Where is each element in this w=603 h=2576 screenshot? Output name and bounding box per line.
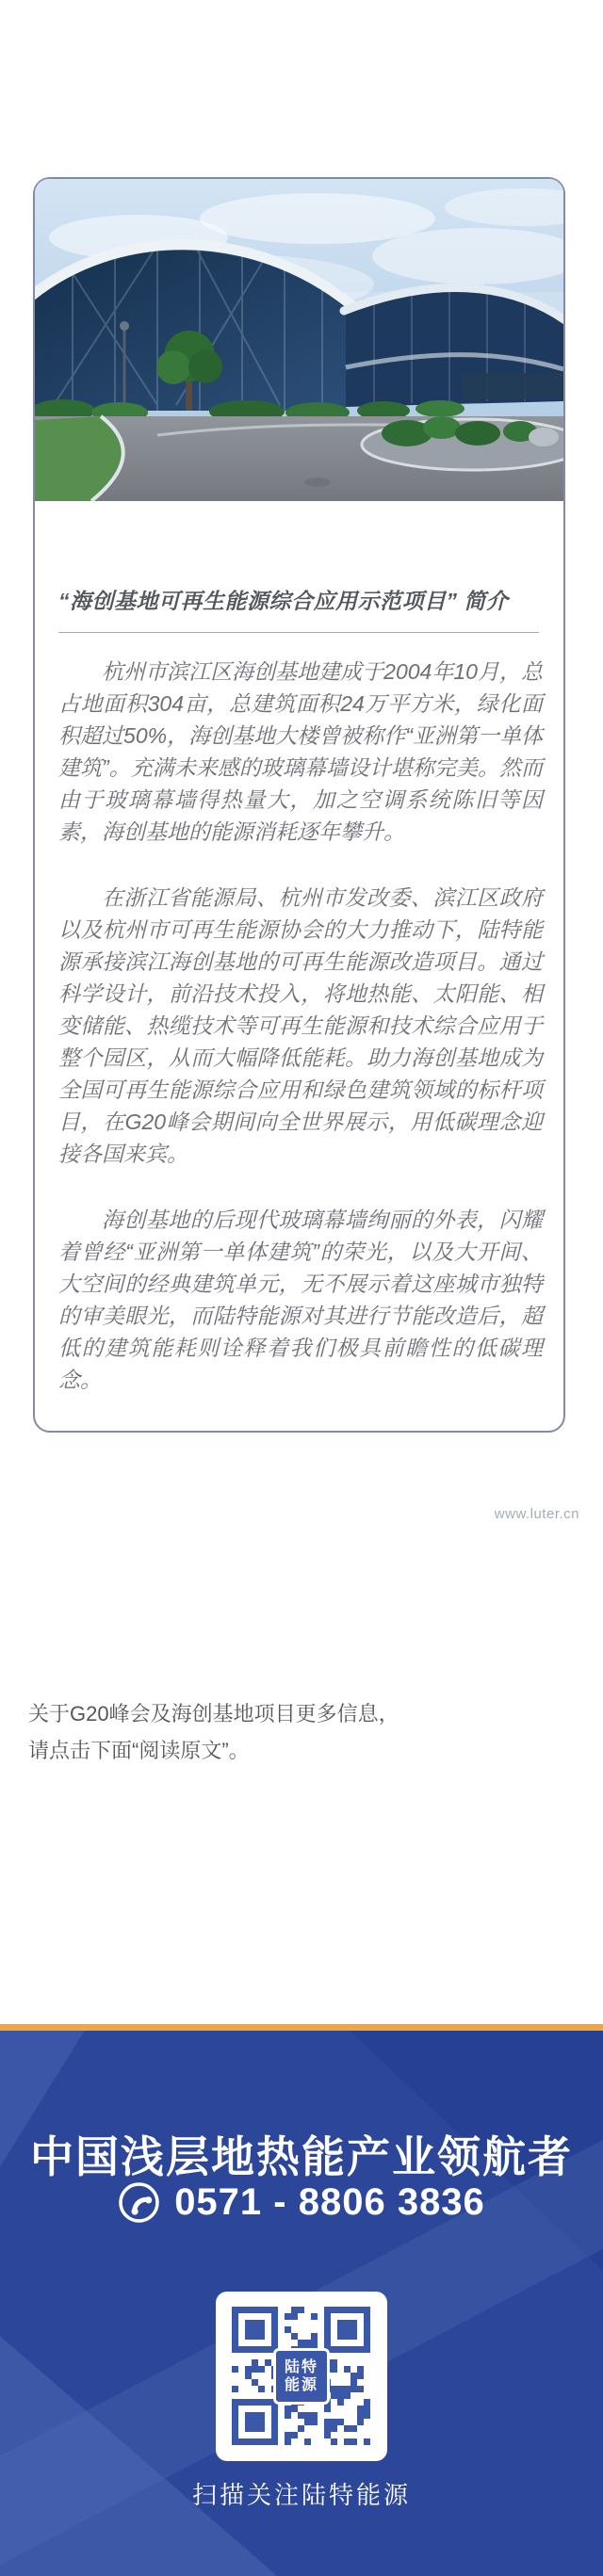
closing-note: 关于G20峰会及海创基地项目更多信息， 请点击下面“阅读原文”。 — [28, 1695, 399, 1769]
building-photo-illustration — [35, 179, 563, 501]
footer-background: 中国浅层地热能产业领航者 0571 - 8806 3836 陆特 能源 — [0, 2031, 603, 2576]
paragraph-3: 海创基地的后现代玻璃幕墙绚丽的外表，闪耀着曾经“亚洲第一单体建筑”的荣光，以及大… — [58, 1204, 543, 1396]
paragraph-2: 在浙江省能源局、杭州市发改委、滨江区政府以及杭州市可再生能源协会的大力推动下，陆… — [58, 882, 543, 1170]
card-body: 杭州市滨江区海创基地建成于2004年10月，总占地面积304亩，总建筑面积24万… — [58, 656, 543, 1430]
paragraph-1: 杭州市滨江区海创基地建成于2004年10月，总占地面积304亩，总建筑面积24万… — [58, 656, 543, 848]
closing-note-line-1: 关于G20峰会及海创基地项目更多信息， — [28, 1695, 399, 1732]
phone-icon — [118, 2181, 160, 2224]
qr-code[interactable]: 陆特 能源 — [216, 2292, 387, 2461]
phone-row: 0571 - 8806 3836 — [0, 2178, 603, 2227]
qr-center-logo: 陆特 能源 — [273, 2348, 330, 2405]
footer-slogan: 中国浅层地热能产业领航者 — [0, 2123, 603, 2185]
phone-number: 0571 - 8806 3836 — [174, 2181, 485, 2224]
heading-divider — [58, 632, 539, 633]
qr-logo-line-1: 陆特 — [285, 2358, 318, 2376]
article-page: “海创基地可再生能源综合应用示范项目” 简介 杭州市滨江区海创基地建成于2004… — [0, 0, 603, 2576]
footer-accent-bar — [0, 2024, 603, 2031]
watermark: www.luter.cn — [495, 1506, 579, 1522]
card-heading: “海创基地可再生能源综合应用示范项目” 简介 — [58, 584, 544, 615]
qr-caption: 扫描关注陆特能源 — [0, 2476, 603, 2511]
qr-logo-line-2: 能源 — [285, 2376, 318, 2394]
photo-road — [35, 416, 563, 501]
article-photo[interactable] — [35, 179, 563, 501]
intro-card: “海创基地可再生能源综合应用示范项目” 简介 杭州市滨江区海创基地建成于2004… — [33, 177, 565, 1433]
closing-note-line-2: 请点击下面“阅读原文”。 — [28, 1732, 399, 1769]
footer-banner: 中国浅层地热能产业领航者 0571 - 8806 3836 陆特 能源 — [0, 2024, 603, 2576]
